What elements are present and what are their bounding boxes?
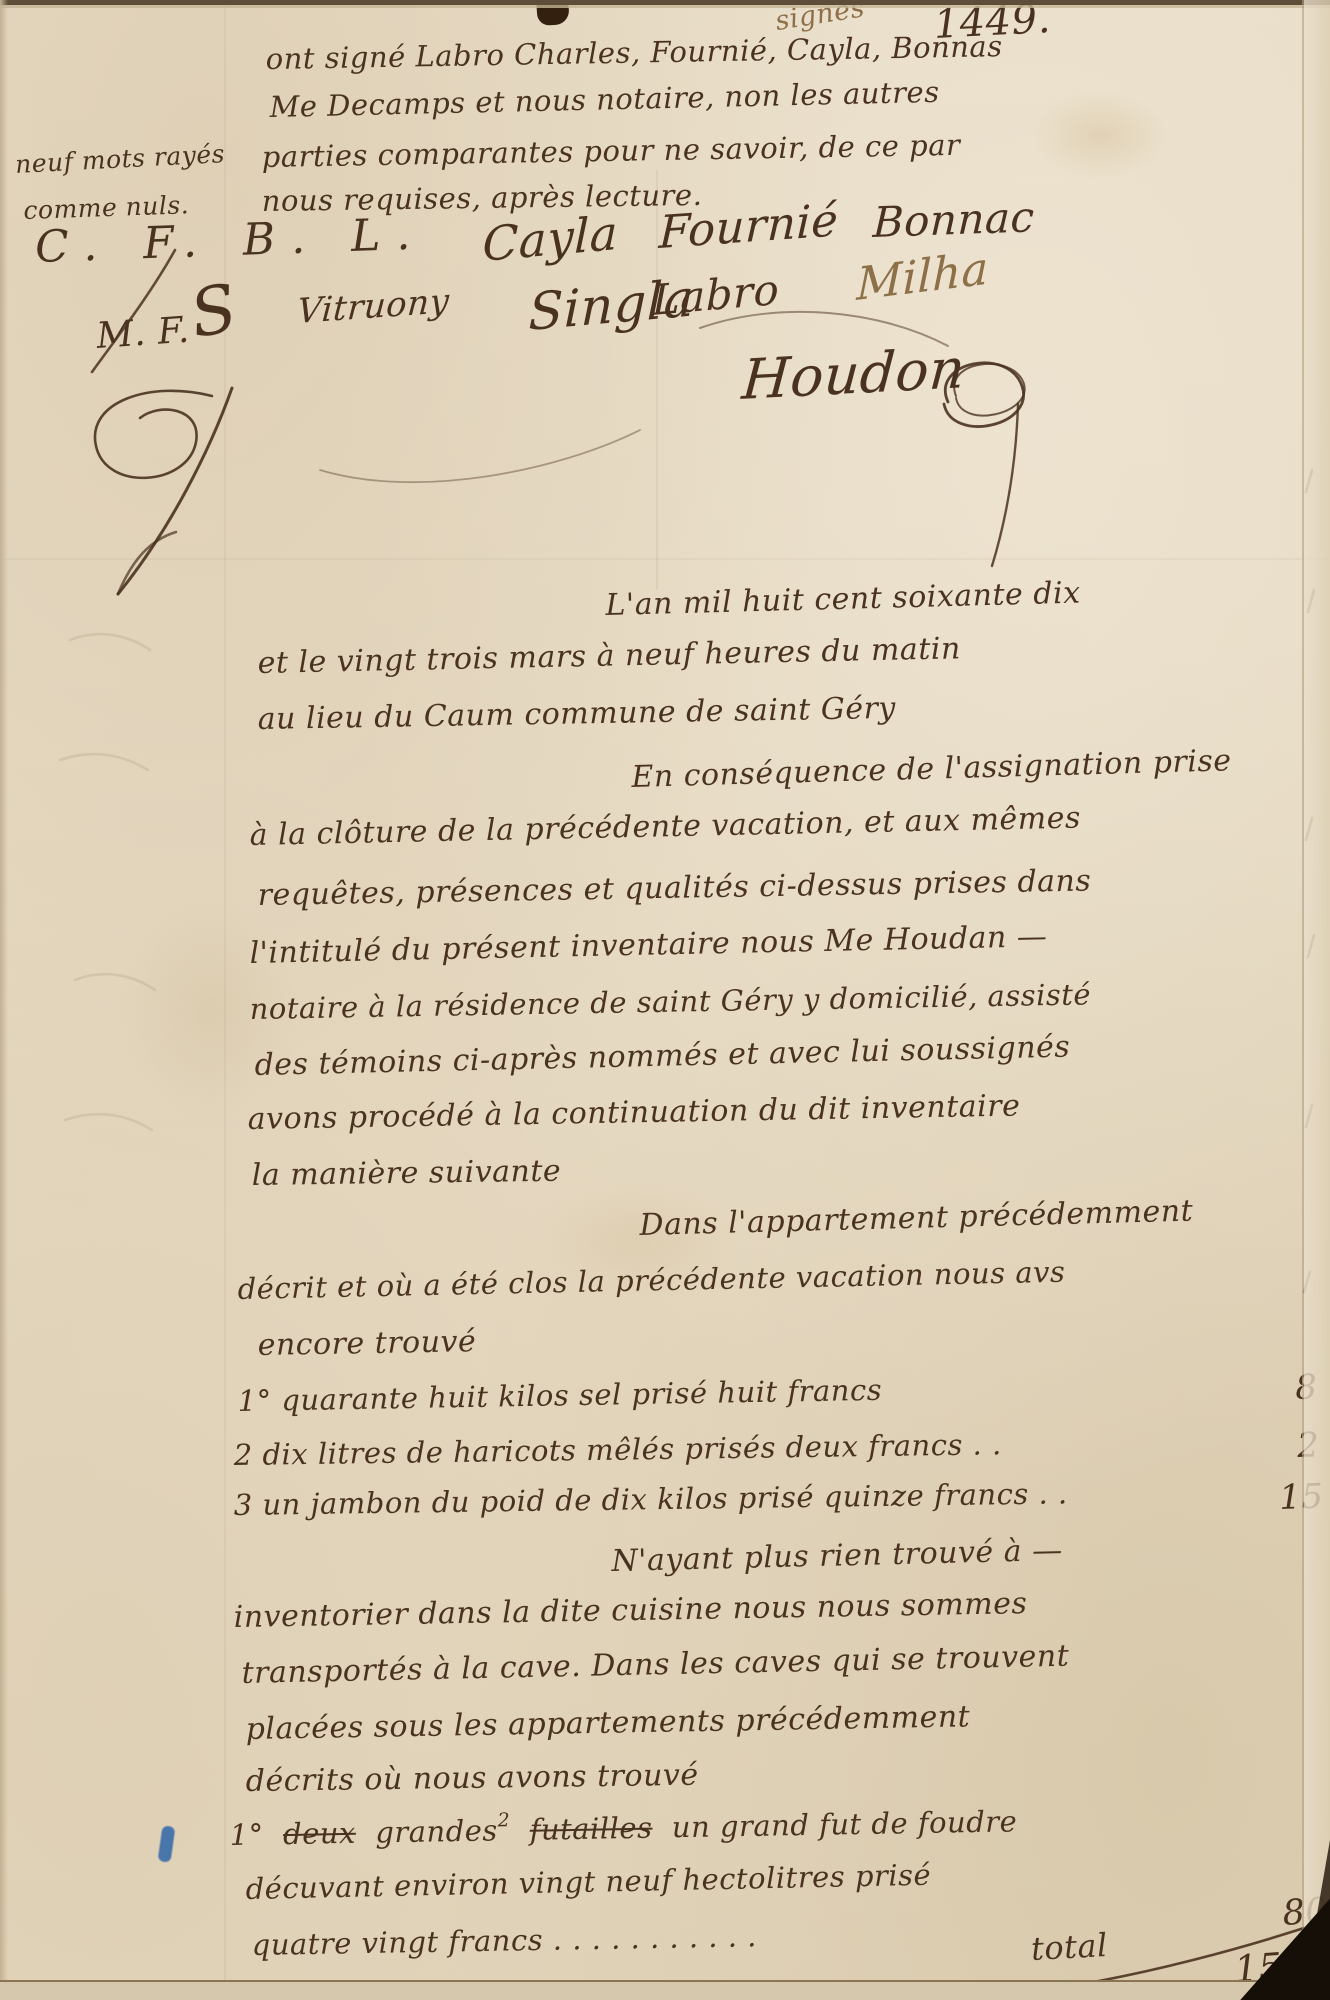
closing-line: parties comparantes pour ne savoir, de c… xyxy=(261,128,960,174)
word: grandes xyxy=(375,1813,498,1849)
body-line: des témoins ci-après nommés et avec lui … xyxy=(254,1030,1070,1084)
signature-labro: Labro xyxy=(652,265,779,325)
body-line: Dans l'appartement précédemment xyxy=(639,1194,1194,1243)
interlined-correction: 2 xyxy=(497,1810,510,1831)
closing-line: Me Decamps et nous notaire, non les autr… xyxy=(269,75,940,124)
signature-bonnac: Bonnac xyxy=(872,192,1035,247)
item-line: 2 dix litres de haricots mêlés prisés de… xyxy=(234,1427,1002,1472)
blue-ink-mark xyxy=(158,1825,176,1862)
body-line: transportés à la cave. Dans les caves qu… xyxy=(241,1639,1069,1691)
signature-fournie: Fournié xyxy=(658,193,839,259)
cellar-item-line: 1° deux grandes2 futailles un grand fut … xyxy=(229,1804,1017,1852)
margin-initials-mf: M. F. xyxy=(95,310,191,357)
cellar-item-line3: quatre vingt francs . . . . . . . . . . … xyxy=(251,1919,757,1962)
body-line: décrits où nous avons trouvé xyxy=(246,1758,699,1799)
page-top-edge-highlight xyxy=(0,5,1330,8)
signature-milha: Milha xyxy=(856,241,989,311)
page-left-edge xyxy=(0,0,8,2000)
body-line: encore trouvé xyxy=(257,1324,476,1363)
struck-word: futailles xyxy=(529,1811,652,1847)
signature-vitruony: Vitruony xyxy=(296,281,451,332)
body-line: l'intitulé du présent inventaire nous Me… xyxy=(249,919,1047,971)
body-line: avons procédé à la continuation du dit i… xyxy=(247,1089,1020,1137)
body-line: placées sous les appartements précédemme… xyxy=(245,1699,970,1747)
body-line: notaire à la résidence de saint Géry y d… xyxy=(249,977,1091,1026)
next-page-edge xyxy=(0,1980,1330,2000)
body-line: inventorier dans la dite cuisine nous no… xyxy=(233,1586,1027,1635)
signature-cayla: Cayla xyxy=(482,206,619,273)
page-right-edge-line xyxy=(1302,0,1304,2000)
page-right-edge xyxy=(1304,0,1330,2000)
body-line: N'ayant plus rien trouvé à — xyxy=(611,1533,1063,1579)
margin-initial-s: S xyxy=(185,269,243,353)
item-text: un grand fut de foudre xyxy=(672,1804,1018,1844)
body-line: au lieu du Caum commune de saint Géry xyxy=(257,691,896,737)
item-line: 1° quarante huit kilos sel prisé huit fr… xyxy=(237,1373,882,1418)
body-line: et le vingt trois mars à neuf heures du … xyxy=(257,631,961,681)
body-line: requêtes, présences et qualités ci-dessu… xyxy=(257,863,1091,913)
body-line: la manière suivante xyxy=(252,1154,562,1193)
body-line: décrit et où a été clos la précédente va… xyxy=(237,1255,1065,1306)
cellar-item-line2: décuvant environ vingt neuf hectolitres … xyxy=(245,1858,931,1906)
item-number: 1° xyxy=(229,1817,264,1852)
item-line: 3 un jambon du poid de dix kilos prisé q… xyxy=(234,1476,1068,1522)
signature-houdon-notaire: Houdon xyxy=(740,336,967,412)
manuscript-page: signés 1449. ont signé Labro Charles, Fo… xyxy=(0,0,1330,2000)
body-line: à la clôture de la précédente vacation, … xyxy=(249,801,1081,853)
body-line: En conséquence de l'assignation prise xyxy=(631,743,1232,795)
horizontal-fold xyxy=(0,558,1330,560)
total-label: total xyxy=(1030,1926,1109,1968)
vertical-fold-center xyxy=(656,170,658,590)
body-line: L'an mil huit cent soixante dix xyxy=(605,576,1081,623)
closing-line: ont signé Labro Charles, Fournié, Cayla,… xyxy=(265,29,1002,76)
paper-stain xyxy=(1030,90,1170,180)
margin-note-line: neuf mots rayés xyxy=(14,139,225,179)
struck-word: deux xyxy=(283,1816,356,1851)
